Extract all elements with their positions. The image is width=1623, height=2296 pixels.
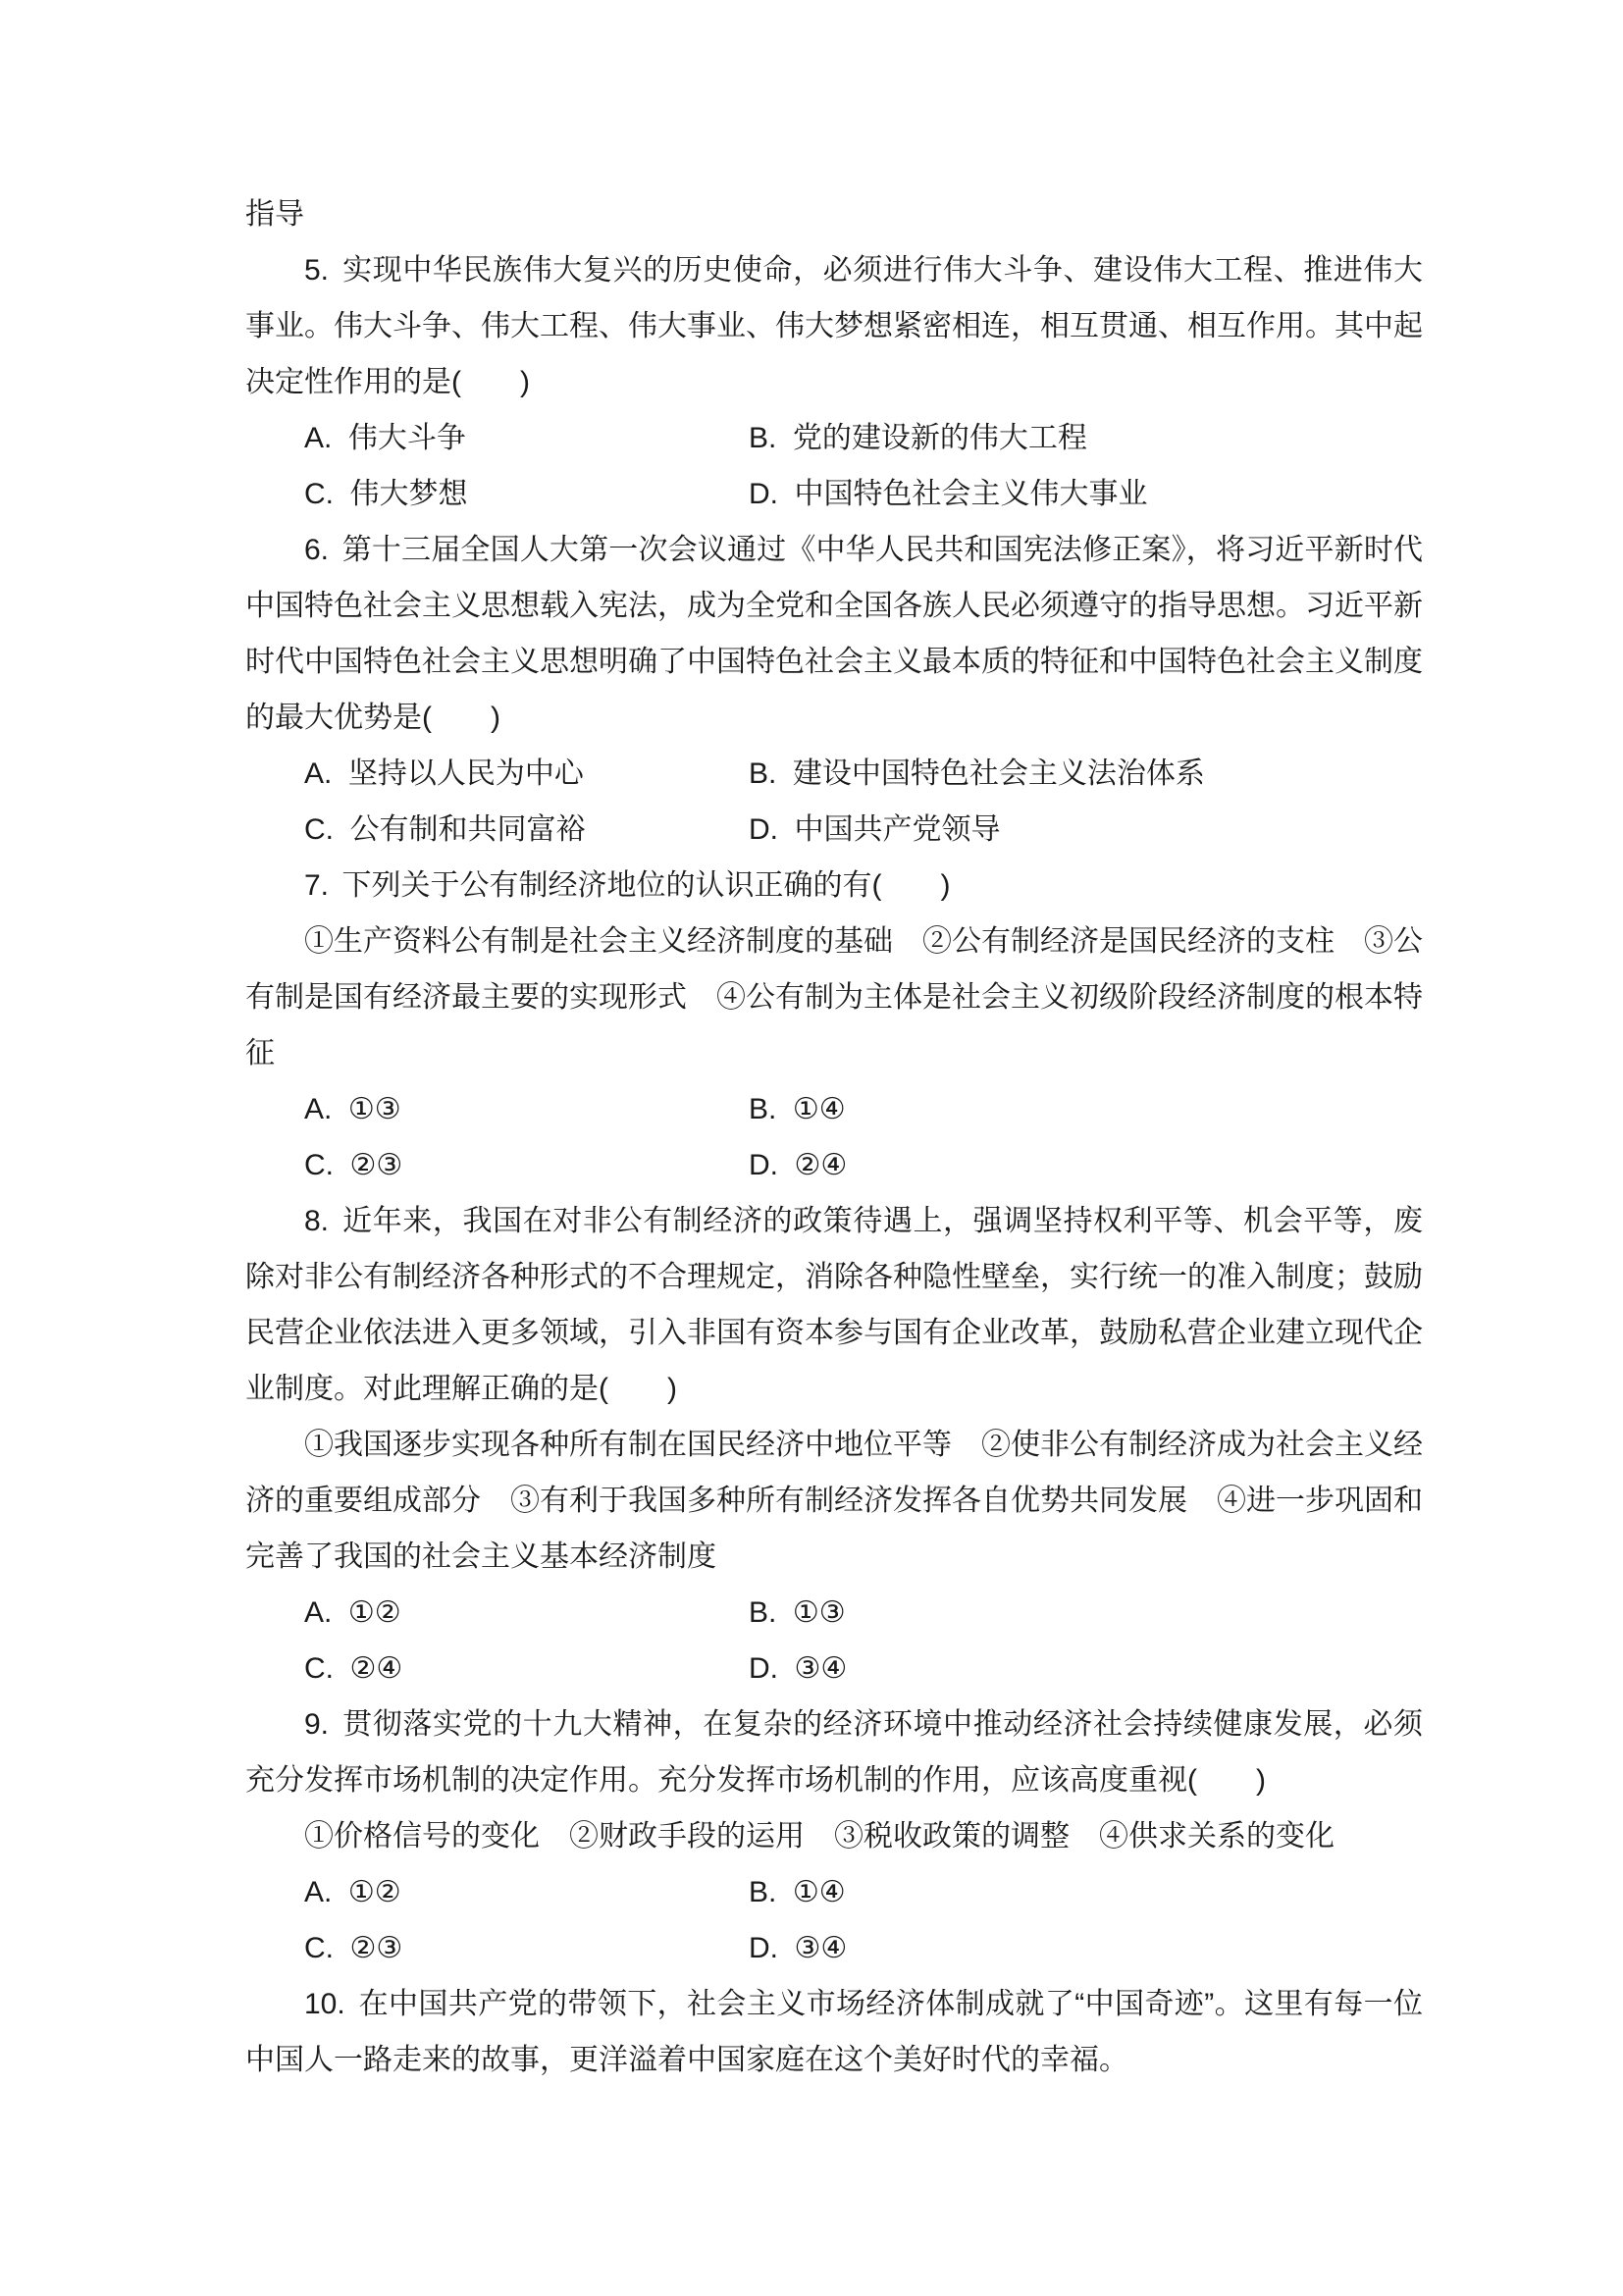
question-stem: 5.实现中华民族伟大复兴的历史使命，必须进行伟大斗争、建设伟大工程、推进伟大事业… xyxy=(245,242,1423,410)
option-a-text: ①② xyxy=(348,1596,401,1629)
options-row-cd: C.②④ D.③④ xyxy=(245,1641,1423,1696)
option-c: C.②③ xyxy=(304,1920,749,1976)
options-row-cd: C.②③ D.③④ xyxy=(245,1920,1423,1976)
option-c-label: C. xyxy=(304,478,334,510)
options-row-ab: A.伟大斗争 B.党的建设新的伟大工程 xyxy=(245,410,1423,466)
option-d: D.②④ xyxy=(749,1137,847,1193)
option-c: C.②③ xyxy=(304,1137,749,1193)
option-c: C.伟大梦想 xyxy=(304,466,749,522)
question-stem-text: 实现中华民族伟大复兴的历史使命，必须进行伟大斗争、建设伟大工程、推进伟大事业。伟… xyxy=(245,254,1423,398)
option-d: D.中国共产党领导 xyxy=(749,802,1001,858)
question-stem-text: 贯彻落实党的十九大精神，在复杂的经济环境中推动经济社会持续健康发展，必须充分发挥… xyxy=(245,1708,1423,1797)
option-b: B.①④ xyxy=(749,1081,846,1137)
option-a: A.①③ xyxy=(304,1081,749,1137)
option-c: C.公有制和共同富裕 xyxy=(304,802,749,858)
option-b-label: B. xyxy=(749,757,776,790)
options-row-cd: C.②③ D.②④ xyxy=(245,1137,1423,1193)
option-d-label: D. xyxy=(749,813,778,846)
option-d-label: D. xyxy=(749,478,778,510)
option-b-label: B. xyxy=(749,1876,776,1908)
option-d-label: D. xyxy=(749,1149,778,1181)
option-b-label: B. xyxy=(749,422,776,454)
option-b-text: ①④ xyxy=(793,1093,846,1125)
option-b-text: 党的建设新的伟大工程 xyxy=(793,422,1087,454)
option-b-label: B. xyxy=(749,1596,776,1629)
option-a-text: ①② xyxy=(348,1876,401,1908)
option-d: D.中国特色社会主义伟大事业 xyxy=(749,466,1148,522)
option-d-text: ③④ xyxy=(795,1652,848,1685)
question-7: 7.下列关于公有制经济地位的认识正确的有( ) ①生产资料公有制是社会主义经济制… xyxy=(245,858,1427,1193)
question-stem: 7.下列关于公有制经济地位的认识正确的有( ) xyxy=(245,858,1423,913)
option-c-label: C. xyxy=(304,1652,334,1685)
question-stem-text: 近年来，我国在对非公有制经济的政策待遇上，强调坚持权利平等、机会平等，废除对非公… xyxy=(245,1205,1423,1405)
option-d-label: D. xyxy=(749,1932,778,1964)
options-row-ab: A.①② B.①③ xyxy=(245,1585,1423,1641)
option-a: A.伟大斗争 xyxy=(304,410,749,466)
question-number: 8. xyxy=(304,1205,329,1237)
option-a-label: A. xyxy=(304,1093,332,1125)
options-row-ab: A.坚持以人民为中心 B.建设中国特色社会主义法治体系 xyxy=(245,746,1423,802)
question-number: 10. xyxy=(304,1988,345,2020)
question-number: 6. xyxy=(304,534,329,566)
option-c-text: 公有制和共同富裕 xyxy=(350,813,586,846)
option-a-text: ①③ xyxy=(348,1093,401,1125)
option-a: A.①② xyxy=(304,1864,749,1920)
question-stem: 6.第十三届全国人大第一次会议通过《中华人民共和国宪法修正案》，将习近平新时代中… xyxy=(245,522,1423,746)
question-items: ①生产资料公有制是社会主义经济制度的基础 ②公有制经济是国民经济的支柱 ③公有制… xyxy=(245,913,1423,1081)
question-9: 9.贯彻落实党的十九大精神，在复杂的经济环境中推动经济社会持续健康发展，必须充分… xyxy=(245,1696,1427,1976)
option-d: D.③④ xyxy=(749,1641,847,1696)
question-10: 10.在中国共产党的带领下，社会主义市场经济体制成就了“中国奇迹”。这里有每一位… xyxy=(245,1976,1427,2088)
options-row-ab: A.①③ B.①④ xyxy=(245,1081,1423,1137)
question-items: ①我国逐步实现各种所有制在国民经济中地位平等 ②使非公有制经济成为社会主义经济的… xyxy=(245,1417,1423,1585)
option-a-label: A. xyxy=(304,1596,332,1629)
option-c-label: C. xyxy=(304,1149,334,1181)
option-b: B.①④ xyxy=(749,1864,846,1920)
option-a-label: A. xyxy=(304,422,332,454)
carryover-text: 指导 xyxy=(245,186,1423,242)
option-d-text: 中国共产党领导 xyxy=(795,813,1001,846)
options-row-cd: C.伟大梦想 D.中国特色社会主义伟大事业 xyxy=(245,466,1423,522)
options-row-cd: C.公有制和共同富裕 D.中国共产党领导 xyxy=(245,802,1423,858)
option-a: A.①② xyxy=(304,1585,749,1641)
option-d-text: 中国特色社会主义伟大事业 xyxy=(795,478,1148,510)
question-stem: 10.在中国共产党的带领下，社会主义市场经济体制成就了“中国奇迹”。这里有每一位… xyxy=(245,1976,1423,2088)
option-b: B.建设中国特色社会主义法治体系 xyxy=(749,746,1205,802)
option-c-text: ②③ xyxy=(350,1932,403,1964)
option-a-text: 坚持以人民为中心 xyxy=(348,757,584,790)
question-stem: 9.贯彻落实党的十九大精神，在复杂的经济环境中推动经济社会持续健康发展，必须充分… xyxy=(245,1696,1423,1808)
option-b-text: ①③ xyxy=(793,1596,846,1629)
question-6: 6.第十三届全国人大第一次会议通过《中华人民共和国宪法修正案》，将习近平新时代中… xyxy=(245,522,1427,858)
options-row-ab: A.①② B.①④ xyxy=(245,1864,1423,1920)
question-8: 8.近年来，我国在对非公有制经济的政策待遇上，强调坚持权利平等、机会平等，废除对… xyxy=(245,1193,1427,1696)
question-5: 5.实现中华民族伟大复兴的历史使命，必须进行伟大斗争、建设伟大工程、推进伟大事业… xyxy=(245,242,1427,522)
question-number: 5. xyxy=(304,254,329,287)
option-c-text: 伟大梦想 xyxy=(350,478,468,510)
option-c-text: ②③ xyxy=(350,1149,403,1181)
question-stem-text: 下列关于公有制经济地位的认识正确的有( ) xyxy=(342,869,951,902)
exam-document-page: 指导 5.实现中华民族伟大复兴的历史使命，必须进行伟大斗争、建设伟大工程、推进伟… xyxy=(0,0,1623,2296)
option-a-label: A. xyxy=(304,757,332,790)
question-number: 7. xyxy=(304,869,329,902)
question-stem-text: 第十三届全国人大第一次会议通过《中华人民共和国宪法修正案》，将习近平新时代中国特… xyxy=(245,534,1423,734)
question-stem: 8.近年来，我国在对非公有制经济的政策待遇上，强调坚持权利平等、机会平等，废除对… xyxy=(245,1193,1423,1417)
question-number: 9. xyxy=(304,1708,329,1741)
option-b: B.①③ xyxy=(749,1585,846,1641)
option-d-text: ②④ xyxy=(795,1149,848,1181)
option-b-label: B. xyxy=(749,1093,776,1125)
option-b-text: ①④ xyxy=(793,1876,846,1908)
option-d: D.③④ xyxy=(749,1920,847,1976)
option-a: A.坚持以人民为中心 xyxy=(304,746,749,802)
option-b: B.党的建设新的伟大工程 xyxy=(749,410,1087,466)
option-d-label: D. xyxy=(749,1652,778,1685)
option-c-label: C. xyxy=(304,813,334,846)
option-c: C.②④ xyxy=(304,1641,749,1696)
option-b-text: 建设中国特色社会主义法治体系 xyxy=(793,757,1205,790)
option-a-label: A. xyxy=(304,1876,332,1908)
option-c-text: ②④ xyxy=(350,1652,403,1685)
option-c-label: C. xyxy=(304,1932,334,1964)
question-items: ①价格信号的变化 ②财政手段的运用 ③税收政策的调整 ④供求关系的变化 xyxy=(245,1808,1423,1864)
option-a-text: 伟大斗争 xyxy=(348,422,466,454)
option-d-text: ③④ xyxy=(795,1932,848,1964)
question-stem-text: 在中国共产党的带领下，社会主义市场经济体制成就了“中国奇迹”。这里有每一位中国人… xyxy=(245,1988,1423,2076)
